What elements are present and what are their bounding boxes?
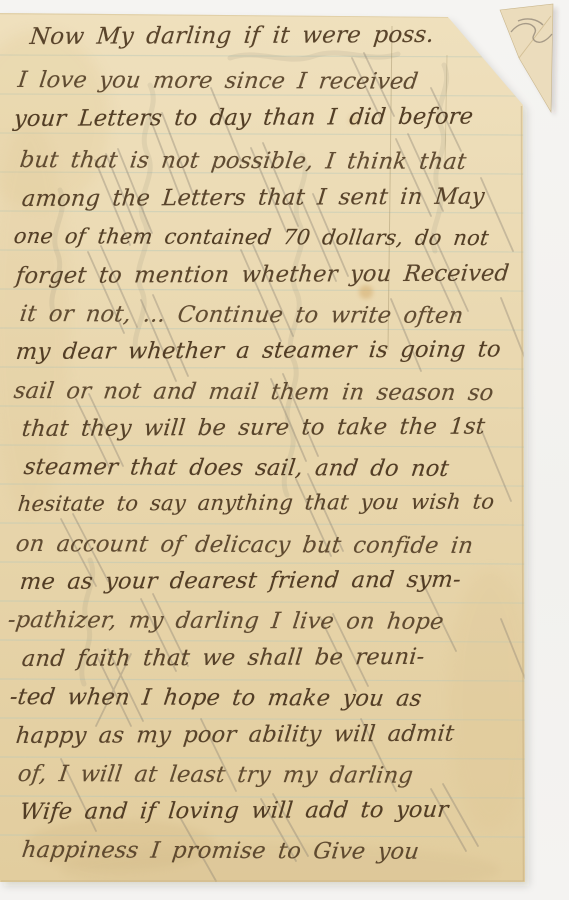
letter-artwork xyxy=(0,0,569,900)
scanned-letter-page: Now My darling if it were poss. I love y… xyxy=(0,0,569,900)
